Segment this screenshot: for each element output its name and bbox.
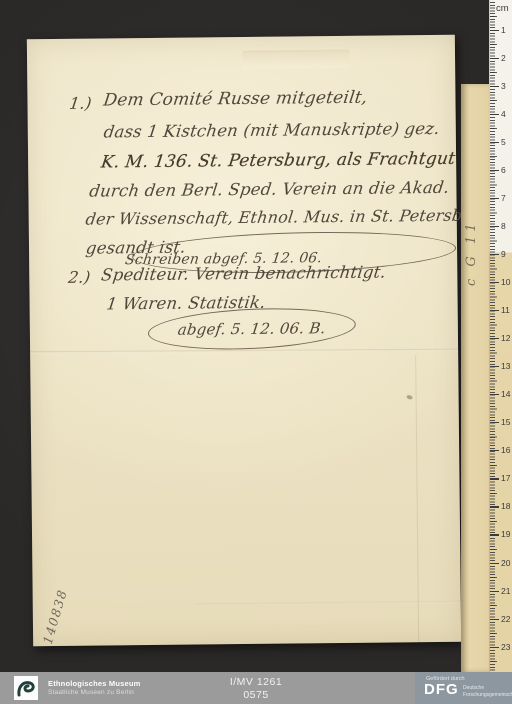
ruler-cm-tick: [490, 478, 499, 479]
manuscript-line: Spediteur. Verein benachrichtigt.: [100, 262, 387, 284]
cm-ruler: cm 1234567891011121314151617181920212223: [489, 0, 512, 672]
ruler-number: 2: [501, 53, 506, 63]
ruler-cm-tick: [490, 226, 499, 227]
ruler-number: 19: [501, 529, 510, 539]
ruler-cm-tick: [490, 338, 499, 339]
ruler-number: 14: [501, 389, 510, 399]
ruler-number: 9: [501, 249, 506, 259]
ruler-number: 1: [501, 25, 506, 35]
ruler-cm-tick: [490, 86, 499, 87]
section-2-marker: 2.): [67, 268, 92, 287]
document-page: 1.) Dem Comité Russe mitgeteilt,dass 1 K…: [27, 35, 461, 646]
ruler-cm-tick: [490, 198, 499, 199]
ruler-number: 18: [501, 501, 510, 511]
ruler-cm-tick: [490, 142, 499, 143]
ruler-number: 4: [501, 109, 506, 119]
ruler-cm-tick: [490, 58, 499, 59]
ruler-cm-tick: [490, 310, 499, 311]
paper-fold-crease: [30, 349, 458, 354]
pencil-smudge: [406, 394, 413, 400]
ruler-number: 21: [501, 586, 510, 596]
dfg-full-name: Deutsche Forschungsgemeinschaft: [463, 685, 512, 698]
ruler-cm-tick: [490, 534, 499, 535]
dfg-logo: DFG: [424, 681, 459, 698]
ruler-cm-tick: [490, 422, 499, 423]
ruler-cm-tick: [490, 619, 499, 620]
manuscript-line: Dem Comité Russe mitgeteilt,: [102, 88, 368, 111]
ruler-cm-tick: [490, 30, 499, 31]
ruler-cm-tick: [490, 170, 499, 171]
ruler-number: 10: [501, 277, 510, 287]
footer-bar: Ethnologisches Museum Staatliche Museen …: [0, 672, 512, 704]
ruler-number: 17: [501, 473, 510, 483]
dfg-panel: Gefördert durch DFG Deutsche Forschungsg…: [415, 672, 512, 704]
manuscript-line: durch den Berl. Sped. Verein an die Akad…: [88, 178, 450, 201]
manuscript-line: dass 1 Kistchen (mit Manuskripte) gez.: [103, 119, 441, 142]
archive-scan-view: 1.) Dem Comité Russe mitgeteilt,dass 1 K…: [0, 0, 512, 704]
margin-handwritten-annotation: c G 11: [464, 96, 486, 286]
ruler-number: 16: [501, 445, 510, 455]
section-2-text: Spediteur. Verein benachrichtigt.1 Waren…: [27, 35, 455, 39]
pencil-inventory-number: 140838: [36, 576, 73, 657]
manuscript-line: der Wissenschaft, Ethnol. Mus. in St. Pe…: [84, 205, 492, 228]
ruler-number: 13: [501, 361, 510, 371]
ruler-cm-tick: [490, 394, 499, 395]
ruler-cm-tick: [490, 114, 499, 115]
ruler-number: 12: [501, 333, 510, 343]
ruler-number: 15: [501, 417, 510, 427]
section-1-text: Dem Comité Russe mitgeteilt,dass 1 Kistc…: [27, 35, 455, 39]
ruler-number: 22: [501, 614, 510, 624]
ruler-cm-tick: [490, 450, 499, 451]
ruler-number: 23: [501, 642, 510, 652]
ruler-number: 8: [501, 221, 506, 231]
section-1-marker: 1.): [68, 94, 93, 113]
ruler-cm-tick: [490, 563, 499, 564]
paper-crease-vertical: [415, 355, 419, 642]
ruler-number: 5: [501, 137, 506, 147]
ruler-cm-tick: [490, 591, 499, 592]
manuscript-line: K. M. 136. St. Petersburg, als Frachtgut: [100, 149, 457, 173]
ruler-number: 3: [501, 81, 506, 91]
ruler-number: 11: [501, 305, 510, 315]
embossed-stamp: [242, 50, 350, 69]
ruler-cm-tick: [490, 506, 499, 507]
ruler-number: 6: [501, 165, 506, 175]
ruler-cm-tick: [490, 254, 499, 255]
paper-fold-crease-lower: [195, 601, 460, 606]
adjacent-page-edge: c G 11: [461, 84, 489, 672]
ruler-cm-tick: [490, 366, 499, 367]
ruler-cm-tick: [490, 282, 499, 283]
ruler-cm-tick: [490, 647, 499, 648]
ruler-unit-label: cm: [496, 3, 509, 14]
dfg-name-line-2: Forschungsgemeinschaft: [463, 692, 512, 699]
ruler-number: 20: [501, 558, 510, 568]
ruler-number: 7: [501, 193, 506, 203]
